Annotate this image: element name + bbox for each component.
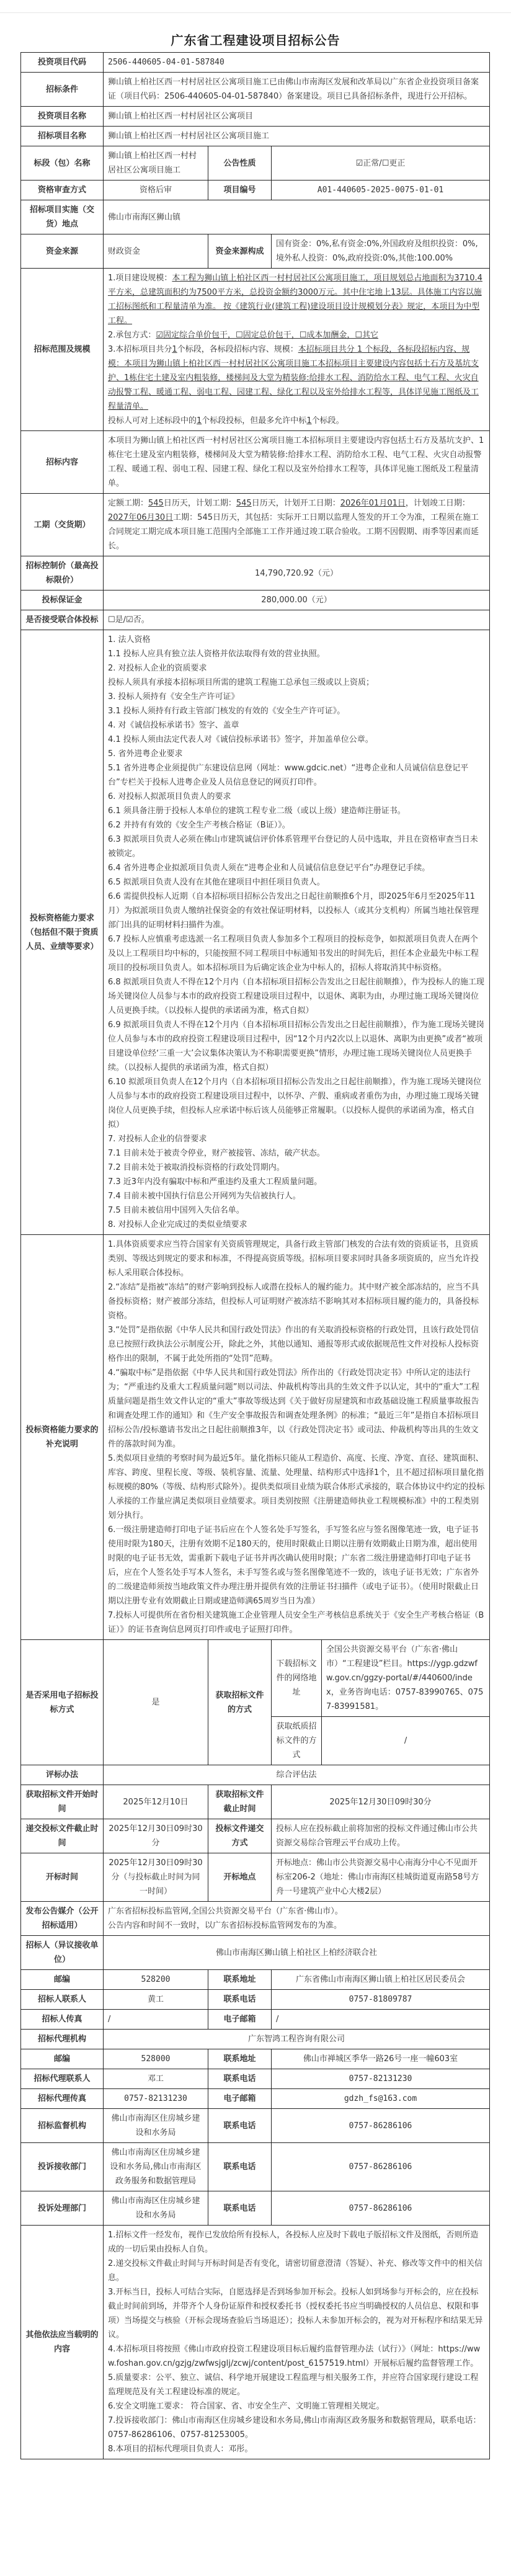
label: 联系电话 (208, 2191, 272, 2226)
list-item: 1.招标文件一经发布，视作已发放给所有投标人，各投标人应及时下载电子版招标文件及… (108, 2228, 485, 2257)
list-item: 6.8 拟派项目负责人不得在12个月内（自本招标项目招标公告发出之日起往前顺推）… (108, 975, 485, 1018)
label: 招标代理联系人 (21, 2069, 104, 2089)
row-tenderer-fax: 招标人传真 / 电子邮箱 / (21, 2010, 490, 2030)
label: 投资项目代码 (21, 53, 104, 73)
media-line-1: 广东省招标投标监管网,全国公共资源交易平台（广东省·佛山市）。 (108, 1904, 485, 1919)
list-item: 4.本招标项目将按照《佛山市政府投资工程建设项目标后履约监督管理办法（试行）》（… (108, 2342, 485, 2371)
list-item: 6.5 拟派项目负责人没有在其他在建项目中担任项目负责人。 (108, 875, 485, 889)
label: 招标内容 (21, 431, 104, 494)
row-agency-zip: 邮编 528000 联系地址 佛山市禅城区季华一路26号一座一幢603室 (21, 2049, 490, 2069)
row-media: 发布公告媒介（公开招标适用） 广东省招标投标监管网,全国公共资源交易平台（广东省… (21, 1902, 490, 1936)
content-value: 本项目为狮山镇上柏社区西一村村居社区公寓项目施工本招标项目主要建设内容包括土石方… (104, 431, 490, 494)
list-item: 5.1 省外进粤企业须提供广东建设信息网（网址：www.gdcic.net）“进… (108, 761, 485, 790)
row-obtain: 获取招标文件开始时间 2025年12月10日 获取招标文件截止时间 2025年1… (21, 1785, 490, 1819)
tenderer-value: 佛山市南海区狮山镇上柏社区上柏经济联合社 (104, 1936, 490, 1970)
row-funding: 资金来源 财政资金 资金来源构成 国有资金：0%,私有资金:0%,外国政府及组织… (21, 234, 490, 269)
label: 投诉处理部门 (21, 2191, 104, 2226)
row-electronic: 是否采用电子招标投标方式 是 获取招标文件的方式 下载招标文件的网络地址 全国公… (21, 1640, 490, 1717)
submit-deadline-value: 2025年12月30日09时30分 (104, 1819, 208, 1853)
row-supervisor: 招标监督机构 佛山市南海区住房城乡建设和水务局 联系电话 0757-862861… (21, 2109, 490, 2143)
list-item: 6.7 投标人应慎重考虑选派一名工程项目负责人参加多个工程项目的投标竞争，如拟派… (108, 932, 485, 975)
project-number-value: A01-440605-2025-0075-01-01 (272, 180, 490, 200)
agency-fax-value: 0757-82131230 (104, 2089, 208, 2109)
funding-structure-value: 国有资金：0%,私有资金:0%,外国政府及组织投资：0%,境外私人投资：0%,政… (272, 234, 490, 269)
list-item: 2.“冻结”是指被“冻结”的财产影响到投标人或潜在投标人的履约能力。其中财产被全… (108, 1280, 485, 1323)
list-item: 6.10 拟派项目负责人在12个月内（自本招标项目招标公告发出之日起往前顺推），… (108, 1075, 485, 1132)
scope-p3: 3.本招标项目共分1个标段，各标段招标内容、规模：本招标项目共分 1 个标段，各… (108, 342, 485, 414)
scope-p4-n2: 1 (306, 416, 311, 426)
scope-p1-prefix: 1.项目建设规模： (108, 274, 172, 283)
obtain-start-value: 2025年12月10日 (104, 1785, 208, 1819)
label: 招标项目名称 (21, 127, 104, 146)
tenderer-fax-value: / (104, 2010, 208, 2030)
row-section: 标段（包）名称 狮山镇上柏社区西一村村居社区公寓项目施工 公告性质 ☑正常/☐更… (21, 146, 490, 180)
list-item: 3. 投标人须持有《安全生产许可证》 (108, 690, 485, 704)
row-qualification: 投标资格能力要求（包括但不限于资质人员、业绩等要求） 1. 法人资格 1.1 投… (21, 630, 490, 1235)
label: 投标资格能力要求（包括但不限于资质人员、业绩等要求） (21, 630, 104, 1235)
list-item: 1.1 投标人应具有独立法人资格并依法取得有效的营业执照。 (108, 647, 485, 661)
list-item: 6.6 需提供投标人近期（自本招标项目招标公告发出之日起往前顺推6个月，即202… (108, 889, 485, 932)
qualification-list: 1. 法人资格 1.1 投标人应具有独立法人资格并依法取得有效的营业执照。 2.… (104, 630, 490, 1235)
label: 投标文件递交方式 (208, 1819, 272, 1853)
label: 是否采用电子招标投标方式 (21, 1640, 104, 1765)
label: 招标控制价（最高投标限价） (21, 556, 104, 591)
list-item: 6.9 拟派项目负责人不得在12个月内（自本招标项目招标公告发出之日起往前顺推）… (108, 1018, 485, 1075)
label: 招标代理传真 (21, 2089, 104, 2109)
list-item: 3.“处罚”是指依据《中华人民共和国行政处罚法》作出的有关取消投标资格的行政处罚… (108, 1323, 485, 1366)
label: 资格审查方式 (21, 180, 104, 200)
row-period: 工期（交货期） 定额工期：545日历天，计划工期：545日历天，计划开工日期：2… (21, 494, 490, 556)
label: 标段（包）名称 (21, 146, 104, 180)
list-item: 7.投标人可提供所在省份相关建筑施工企业管理人员安全生产考核信息系统关于《安全生… (108, 1608, 485, 1637)
row-tender-name: 招标项目名称 狮山镇上柏社区西一村村居社区公寓项目施工 (21, 127, 490, 146)
label: 电子邮箱 (208, 2010, 272, 2030)
label: 评标办法 (21, 1765, 104, 1785)
list-item: 2.递交投标文件截止时间与开标时间是否有变化，请密切留意澄清（答疑）、补充、修改… (108, 2257, 485, 2285)
list-item: 7.2 目前未处于被取消投标资格的行政处罚期内。 (108, 1161, 485, 1175)
list-item: 7.投诉接收部门：佛山市南海区住房城乡建设和水务局,佛山市南海区政务服务和数据管… (108, 2413, 485, 2442)
label: 资金来源构成 (208, 234, 272, 269)
scope-p4: 投标人可对上述标段中的1个标段投标，但最多允许中标1个标段。 (108, 414, 485, 428)
row-location: 招标项目实施（交货）地点 佛山市南海区狮山镇 (21, 200, 490, 234)
row-other: 其他依法应当载明的内容 1.招标文件一经发布，视作已发放给所有投标人，各投标人应… (21, 2226, 490, 2459)
qual-supplement-list: 1.具体资质要求应当符合国家有关资质管理规定，具备行政主管部门核发的合法有效的资… (104, 1235, 490, 1640)
list-item: 7. 对投标人企业的信誉要求 (108, 1132, 485, 1146)
list-item: 6.安全文明施工要求： 符合国家、省、市安全生产、文明施工管理相关规定。 (108, 2399, 485, 2413)
list-item: 投标人须具有承接本招标项目所需的建筑工程施工总承包三级或以上资质； (108, 675, 485, 690)
tender-name-value: 狮山镇上柏社区西一村村居社区公寓项目施工 (104, 127, 490, 146)
scope-p3-body: 本招标项目共分 1 个标段，各标段招标内容、规模：本项目为狮山镇上柏社区西一村村… (108, 345, 479, 411)
row-control-price: 招标控制价（最高投标限价） 14,790,720.92（元） (21, 556, 490, 591)
electronic-value: 是 (104, 1640, 208, 1765)
label: 招标项目实施（交货）地点 (21, 200, 104, 234)
label: 获取纸质招标文件的方式 (272, 1717, 322, 1765)
label: 公告性质 (208, 146, 272, 180)
label: 招标监督机构 (21, 2109, 104, 2143)
row-tenderer-contact: 招标人联系人 黄工 联系电话 0757-81809787 (21, 1990, 490, 2010)
period-d: ，计划竣工日期： (406, 499, 470, 508)
list-item: 1. 法人资格 (108, 633, 485, 647)
label: 联系电话 (208, 1990, 272, 2010)
row-submit: 递交投标文件截止时间 2025年12月30日09时30分 投标文件递交方式 投标… (21, 1819, 490, 1853)
list-item: 6.4 省外进粤企业拟派项目负责人须在“进粤企业和人员诚信信息登记平台”办理登记… (108, 861, 485, 875)
opening-place-value: 开标地点：佛山市公共资源交易中心南海分中心不见面开标室206-2（地址：佛山市南… (272, 1853, 490, 1902)
scope-p3-count: 1 (172, 345, 177, 354)
page-title: 广东省工程建设项目招标公告 (0, 30, 511, 48)
supervisor-value: 佛山市南海区住房城乡建设和水务局 (104, 2109, 208, 2143)
label: 项目编号 (208, 180, 272, 200)
complaint-handle-value: 佛山市南海区住房城乡建设和水务局 (104, 2191, 208, 2226)
obtain-end-value: 2025年12月30日09时30分 (272, 1785, 490, 1819)
supervisor-phone-value: 0757-86286106 (272, 2109, 490, 2143)
list-item: 7.5 目前未被信用中国列入失信名单。 (108, 1203, 485, 1218)
agency-email-value[interactable]: gdzh_fs@163.com (272, 2089, 490, 2109)
top-divider (0, 12, 511, 13)
label: 是否接受联合体投标 (21, 610, 104, 630)
row-invest-code: 投资项目代码 2506-440605-04-01-587840 (21, 53, 490, 73)
label: 获取招标文件开始时间 (21, 1785, 104, 1819)
list-item: 3.开标当日，投标人可结合实际，自愿选择是否到场参加开标会。投标人如到场参与开标… (108, 2285, 485, 2342)
start-date: 2026年01月01日 (340, 499, 406, 508)
row-deposit: 投标保证金 280,000.00（元） (21, 591, 490, 610)
label: 招标代理机构 (21, 2030, 104, 2049)
row-scope: 招标范围及规模 1.项目建设规模：本工程为狮山镇上柏社区西一村村居社区公寓项目施… (21, 269, 490, 431)
label: 其他依法应当载明的内容 (21, 2226, 104, 2459)
evaluation-value: 综合评估法 (104, 1765, 490, 1785)
condition-value: 狮山镇上柏社区西一村村居社区公寓项目施工已由佛山市南海区发展和改革局以广东省企业… (104, 73, 490, 107)
list-item: 6.3 拟派项目负责人必须在佛山市建筑诚信评价体系管理平台登记的人员中选取，并且… (108, 832, 485, 861)
scope-p4-b: 个标段投标，但最多允许中标 (202, 416, 306, 426)
label: 招标范围及规模 (21, 269, 104, 431)
label: 联系电话 (208, 2069, 272, 2089)
agency-value: 广东智鸿工程咨询有限公司 (104, 2030, 490, 2049)
row-agency: 招标代理机构 广东智鸿工程咨询有限公司 (21, 2030, 490, 2049)
list-item: 7.1 目前未处于被责令停业，财产被接管、冻结，破产状态。 (108, 1146, 485, 1161)
tender-notice-table: 投资项目代码 2506-440605-04-01-587840 招标条件 狮山镇… (20, 52, 490, 2459)
row-opening: 开标时间 2025年12月30日09时30分（与投标截止时间为同一时间） 开标地… (21, 1853, 490, 1902)
label: 联系地址 (208, 1970, 272, 1990)
tenderer-phone-value: 0757-81809787 (272, 1990, 490, 2010)
list-item: 4.1 投标人须由法定代表人对《诚信投标承诺书》签字，并加盖单位公章。 (108, 733, 485, 747)
list-item: 5.类似项目业绩的考察时间为最近5年。量化指标只能从工程造价、高度、长度、净宽、… (108, 1451, 485, 1523)
label: 联系地址 (208, 2049, 272, 2069)
label: 开标地点 (208, 1853, 272, 1902)
list-item: 6.2 并持有有效的《安全生产考核合格证（B证）》。 (108, 818, 485, 832)
download-url-value[interactable]: 全国公共资源交易平台（广东省·佛山市）“工程建设”栏目。https://ygp.… (322, 1640, 490, 1717)
scope-p3-mid: 个标段，各标段招标内容、规模： (177, 345, 298, 354)
paper-method-value: / (322, 1717, 490, 1765)
agency-contact-value: 邓工 (104, 2069, 208, 2089)
tenderer-contact-value: 黄工 (104, 1990, 208, 2010)
control-price-value: 14,790,720.92（元） (104, 556, 490, 591)
agency-zip-value: 528000 (104, 2049, 208, 2069)
scope-p2-body: ☑固定综合单价包干，☐固定总价包干，☐成本加酬金，☐其它 (156, 331, 378, 340)
label: 发布公告媒介（公开招标适用） (21, 1902, 104, 1936)
scope-p2-prefix: 2.承包方式： (108, 331, 156, 340)
label: 招标条件 (21, 73, 104, 107)
label: 递交投标文件截止时间 (21, 1819, 104, 1853)
scope-p4-a: 投标人可对上述标段中的 (108, 416, 197, 426)
row-complaint-handle: 投诉处理部门 佛山市南海区住房城乡建设和水务局 联系电话 0757-862861… (21, 2191, 490, 2226)
scope-p4-c: 个标段。 (312, 416, 344, 426)
agency-phone-value: 0757-82131230 (272, 2069, 490, 2089)
invest-name-value: 狮山镇上柏社区西一村村居社区公寓项目 (104, 107, 490, 127)
agency-address-value: 佛山市禅城区季华一路26号一座一幢603室 (272, 2049, 490, 2069)
review-value: 资格后审 (104, 180, 208, 200)
tenderer-address-value: 广东省佛山市南海区狮山镇上柏社区居民委员会 (272, 1970, 490, 1990)
list-item: 6.1 须具备注册于投标人本单位的建筑工程专业二级（或以上级）建造师注册证书。 (108, 804, 485, 818)
row-consortium: 是否接受联合体投标 ☐是/☑否。 (21, 610, 490, 630)
list-item: 7.4 目前未被中国执行信息公开网列为失信被执行人。 (108, 1189, 485, 1203)
label: 招标人传真 (21, 2010, 104, 2030)
plan-days: 545 (236, 499, 252, 508)
list-item: 2. 对投标人企业的资质要求 (108, 661, 485, 675)
list-item: 4.“骗取中标”是指依据《中华人民共和国行政处罚法》所作出的《行政处罚决定书》中… (108, 1366, 485, 1451)
scope-p1: 1.项目建设规模：本工程为狮山镇上柏社区西一村村居社区公寓项目施工，项目规划总占… (108, 271, 485, 328)
period-b: 日历天，计划工期： (164, 499, 236, 508)
list-item: 3.1 投标人须持有行政主管部门核发的有效的《安全生产许可证》。 (108, 704, 485, 718)
label: 获取招标文件的方式 (208, 1640, 272, 1765)
list-item: 8.本项目的招标代理项目负责人：邓彤。 (108, 2442, 485, 2456)
media-value: 广东省招标投标监管网,全国公共资源交易平台（广东省·佛山市）。 公告内容和时间不… (104, 1902, 490, 1936)
scope-p3-prefix: 3.本招标项目共分 (108, 345, 172, 354)
complaint-recv-phone-value: 0757-86286106 (272, 2143, 490, 2191)
label: 下载招标文件的网络地址 (272, 1640, 322, 1717)
scope-value: 1.项目建设规模：本工程为狮山镇上柏社区西一村村居社区公寓项目施工，项目规划总占… (104, 269, 490, 431)
list-item: 6.一级注册建造师打印电子证书后应在个人签名处手写签名，手写签名应与签名图像笔迹… (108, 1523, 485, 1608)
label: 招标人（异议接收单位） (21, 1936, 104, 1970)
label: 投标保证金 (21, 591, 104, 610)
row-complaint-recv: 投诉接收部门 佛山市南海区住房城乡建设和水务局,佛山市南海区政务服务和数据管理局… (21, 2143, 490, 2191)
row-tenderer-zip: 邮编 528200 联系地址 广东省佛山市南海区狮山镇上柏社区居民委员会 (21, 1970, 490, 1990)
tenderer-zip-value: 528200 (104, 1970, 208, 1990)
list-item: 1.具体资质要求应当符合国家有关资质管理规定，具备行政主管部门核发的合法有效的资… (108, 1237, 485, 1280)
notice-nature-value: ☑正常/☐更正 (272, 146, 490, 180)
funding-value: 财政资金 (104, 234, 208, 269)
complaint-recv-value: 佛山市南海区住房城乡建设和水务局,佛山市南海区政务服务和数据管理局 (104, 2143, 208, 2191)
section-value: 狮山镇上柏社区西一村村居社区公寓项目施工 (104, 146, 208, 180)
end-date: 2027年06月30日 (108, 513, 173, 522)
list-item: 6. 对投标人拟派项目负责人的要求 (108, 790, 485, 804)
label: 招标人联系人 (21, 1990, 104, 2010)
label: 邮编 (21, 2049, 104, 2069)
row-content: 招标内容 本项目为狮山镇上柏社区西一村村居社区公寓项目施工本招标项目主要建设内容… (21, 431, 490, 494)
list-item: 7.3 近3年内没有骗取中标和严重违约及重大工程质量问题。 (108, 1175, 485, 1189)
label: 联系电话 (208, 2109, 272, 2143)
submit-method-value: 投标人应在投标截止前将加密的投标文件通过佛山市公共资源交易综合管理云平台成功上传… (272, 1819, 490, 1853)
label: 电子邮箱 (208, 2089, 272, 2109)
list-item: 8. 对投标人企业完成过的类似业绩要求 (108, 1218, 485, 1232)
bottom-spacer (0, 2459, 511, 2490)
row-evaluation: 评标办法 综合评估法 (21, 1765, 490, 1785)
label: 邮编 (21, 1970, 104, 1990)
consortium-value: ☐是/☑否。 (104, 610, 490, 630)
list-item: 5. 省外进粤企业要求 (108, 747, 485, 761)
period-value: 定额工期：545日历天，计划工期：545日历天，计划开工日期：2026年01月0… (104, 494, 490, 556)
row-qual-supplement: 投标资格能力要求的补充说明 1.具体资质要求应当符合国家有关资质管理规定，具备行… (21, 1235, 490, 1640)
quota-days: 545 (148, 499, 164, 508)
row-review: 资格审查方式 资格后审 项目编号 A01-440605-2025-0075-01… (21, 180, 490, 200)
list-item: 5.质量要求：公平、独立、诚信、科学地开展建设工程监理与相关服务工作，并应符合国… (108, 2371, 485, 2399)
complaint-handle-phone-value: 0757-86286106 (272, 2191, 490, 2226)
deposit-value: 280,000.00（元） (104, 591, 490, 610)
invest-code-value: 2506-440605-04-01-587840 (104, 53, 490, 73)
row-agency-contact: 招标代理联系人 邓工 联系电话 0757-82131230 (21, 2069, 490, 2089)
list-item: 4. 对《诚信投标承诺书》签字、盖章 (108, 718, 485, 733)
label: 投标资格能力要求的补充说明 (21, 1235, 104, 1640)
other-list: 1.招标文件一经发布，视作已发放给所有投标人，各投标人应及时下载电子版招标文件及… (104, 2226, 490, 2459)
opening-time-value: 2025年12月30日09时30分（与投标截止时间为同一时间） (104, 1853, 208, 1902)
row-agency-fax: 招标代理传真 0757-82131230 电子邮箱 gdzh_fs@163.co… (21, 2089, 490, 2109)
row-invest-name: 投资项目名称 狮山镇上柏社区西一村村居社区公寓项目 (21, 107, 490, 127)
label: 投资项目名称 (21, 107, 104, 127)
label: 联系电话 (208, 2143, 272, 2191)
tenderer-email-value: / (272, 2010, 490, 2030)
label: 资金来源 (21, 234, 104, 269)
period-a: 定额工期： (108, 499, 148, 508)
row-condition: 招标条件 狮山镇上柏社区西一村村居社区公寓项目施工已由佛山市南海区发展和改革局以… (21, 73, 490, 107)
media-line-2: 公告内容和时间不一致时，以广东省招标投标监管网发布的为准。 (108, 1919, 485, 1933)
label: 工期（交货期） (21, 494, 104, 556)
scope-p2: 2.承包方式：☑固定综合单价包干，☐固定总价包干，☐成本加酬金，☐其它 (108, 328, 485, 342)
label: 开标时间 (21, 1853, 104, 1902)
location-value: 佛山市南海区狮山镇 (104, 200, 490, 234)
label: 投诉接收部门 (21, 2143, 104, 2191)
period-c: 日历天，计划开工日期： (252, 499, 340, 508)
label: 获取招标文件截止时间 (208, 1785, 272, 1819)
row-tenderer: 招标人（异议接收单位） 佛山市南海区狮山镇上柏社区上柏经济联合社 (21, 1936, 490, 1970)
